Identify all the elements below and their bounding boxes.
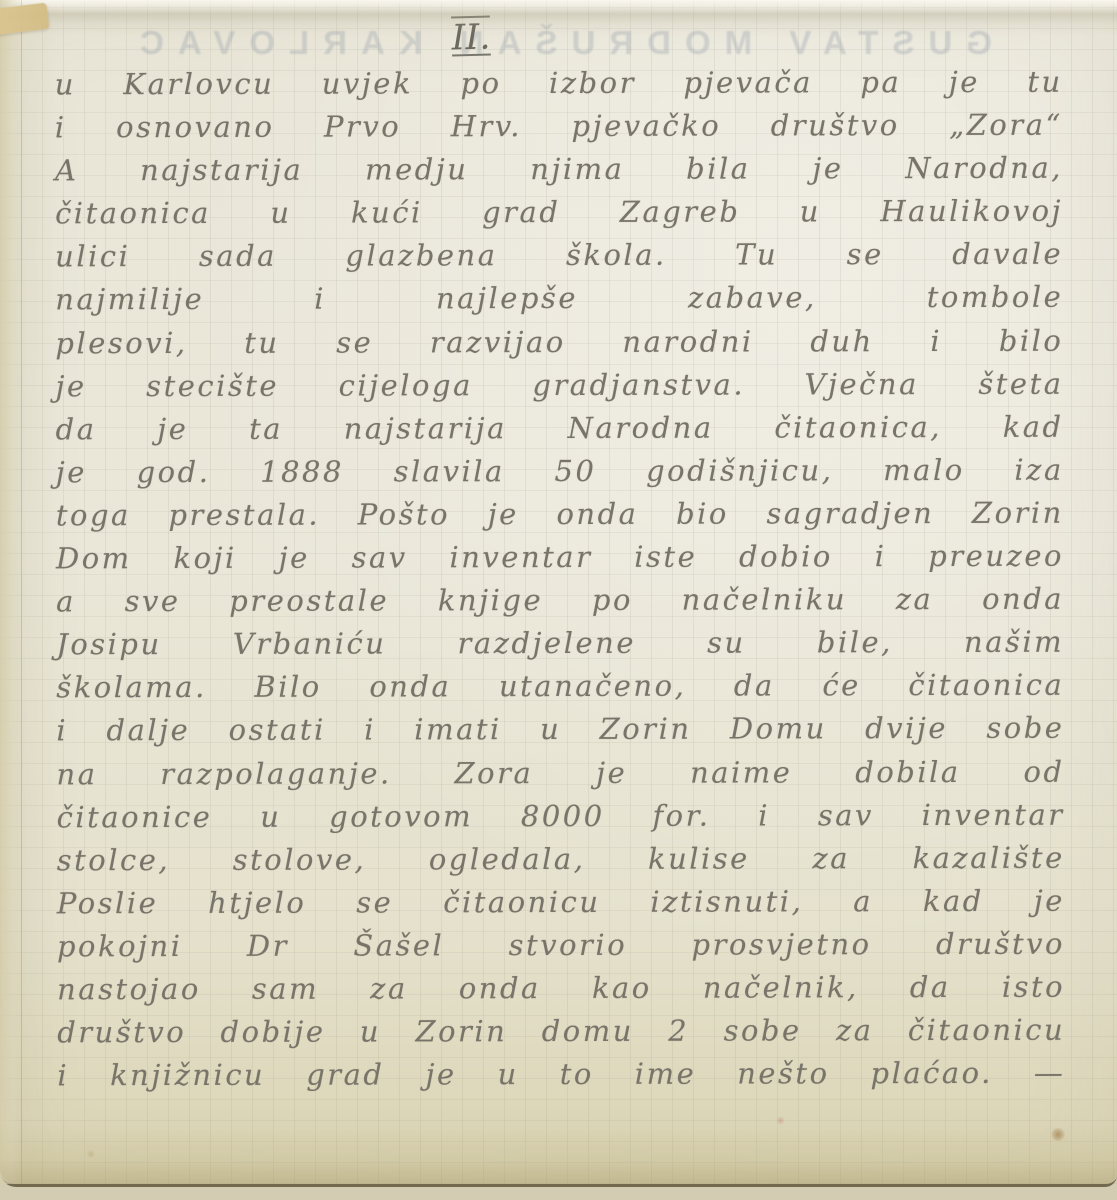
- manuscript-line: da je ta najstarija Narodna čitaonica, k…: [56, 405, 1064, 451]
- page-bottom-shadow: [0, 1124, 1117, 1184]
- manuscript-line: u Karlovcu uvjek po izbor pjevača pa je …: [55, 61, 1063, 107]
- manuscript-line: najmilije i najlepše zabave, tombole: [55, 276, 1063, 322]
- fox-spot: [776, 1116, 785, 1125]
- page-left-edge-shadow: [0, 0, 22, 1184]
- manuscript-line: je stecište cijeloga gradjanstva. Vječna…: [55, 362, 1063, 408]
- manuscript-line: plesovi, tu se razvijao narodni duh i bi…: [55, 319, 1063, 365]
- manuscript-line: i dalje ostati i imati u Zorin Domu dvij…: [56, 707, 1064, 753]
- manuscript-line: je god. 1888 slavila 50 godišnjicu, malo…: [56, 449, 1064, 495]
- manuscript-line: društvo dobije u Zorin domu 2 sobe za či…: [57, 1009, 1065, 1055]
- manuscript-line: A najstarija medju njima bila je Narodna…: [55, 147, 1063, 193]
- manuscript-line: stolce, stolove, ogledala, kulise za kaz…: [57, 836, 1065, 882]
- manuscript-line: ulici sada glazbena škola. Tu se davale: [55, 233, 1063, 279]
- manuscript-line: čitaonica u kući grad Zagreb u Haulikovo…: [55, 190, 1063, 236]
- manuscript-line: i osnovano Prvo Hrv. pjevačko društvo „Z…: [55, 104, 1063, 150]
- manuscript-line: Poslie htjelo se čitaonicu iztisnuti, a …: [57, 879, 1065, 925]
- manuscript-text: u Karlovcu uvjek po izbor pjevača pa je …: [55, 61, 1066, 1098]
- manuscript-line: školama. Bilo onda utanačeno, da će čita…: [56, 664, 1064, 710]
- manuscript-line: Dom koji je sav inventar iste dobio i pr…: [56, 535, 1064, 581]
- fox-spot: [86, 1150, 96, 1158]
- page-top-edge-shadow: [0, 0, 1117, 36]
- manuscript-line: nastojao sam za onda kao načelnik, da is…: [57, 966, 1065, 1012]
- manuscript-line: pokojni Dr Šašel stvorio prosvjetno druš…: [57, 923, 1065, 969]
- manuscript-line: a sve preostale knjige po načelniku za o…: [56, 578, 1064, 624]
- manuscript-line: toga prestala. Pošto je onda bio sagradj…: [56, 492, 1064, 538]
- fox-spot: [1050, 1128, 1066, 1141]
- manuscript-line: i knjižnicu grad je u to ime nešto plaća…: [57, 1052, 1065, 1098]
- manuscript-line: na razpolaganje. Zora je naime dobila od: [56, 750, 1064, 796]
- photograph-background: GUSTAV MODRUŠAN KARLOVAC II. u Karlovcu …: [0, 0, 1117, 1200]
- manuscript-page: GUSTAV MODRUŠAN KARLOVAC II. u Karlovcu …: [0, 0, 1117, 1187]
- manuscript-line: čitaonice u gotovom 8000 for. i sav inve…: [57, 793, 1065, 839]
- manuscript-line: Josipu Vrbaniću razdjelene su bile, naši…: [56, 621, 1064, 667]
